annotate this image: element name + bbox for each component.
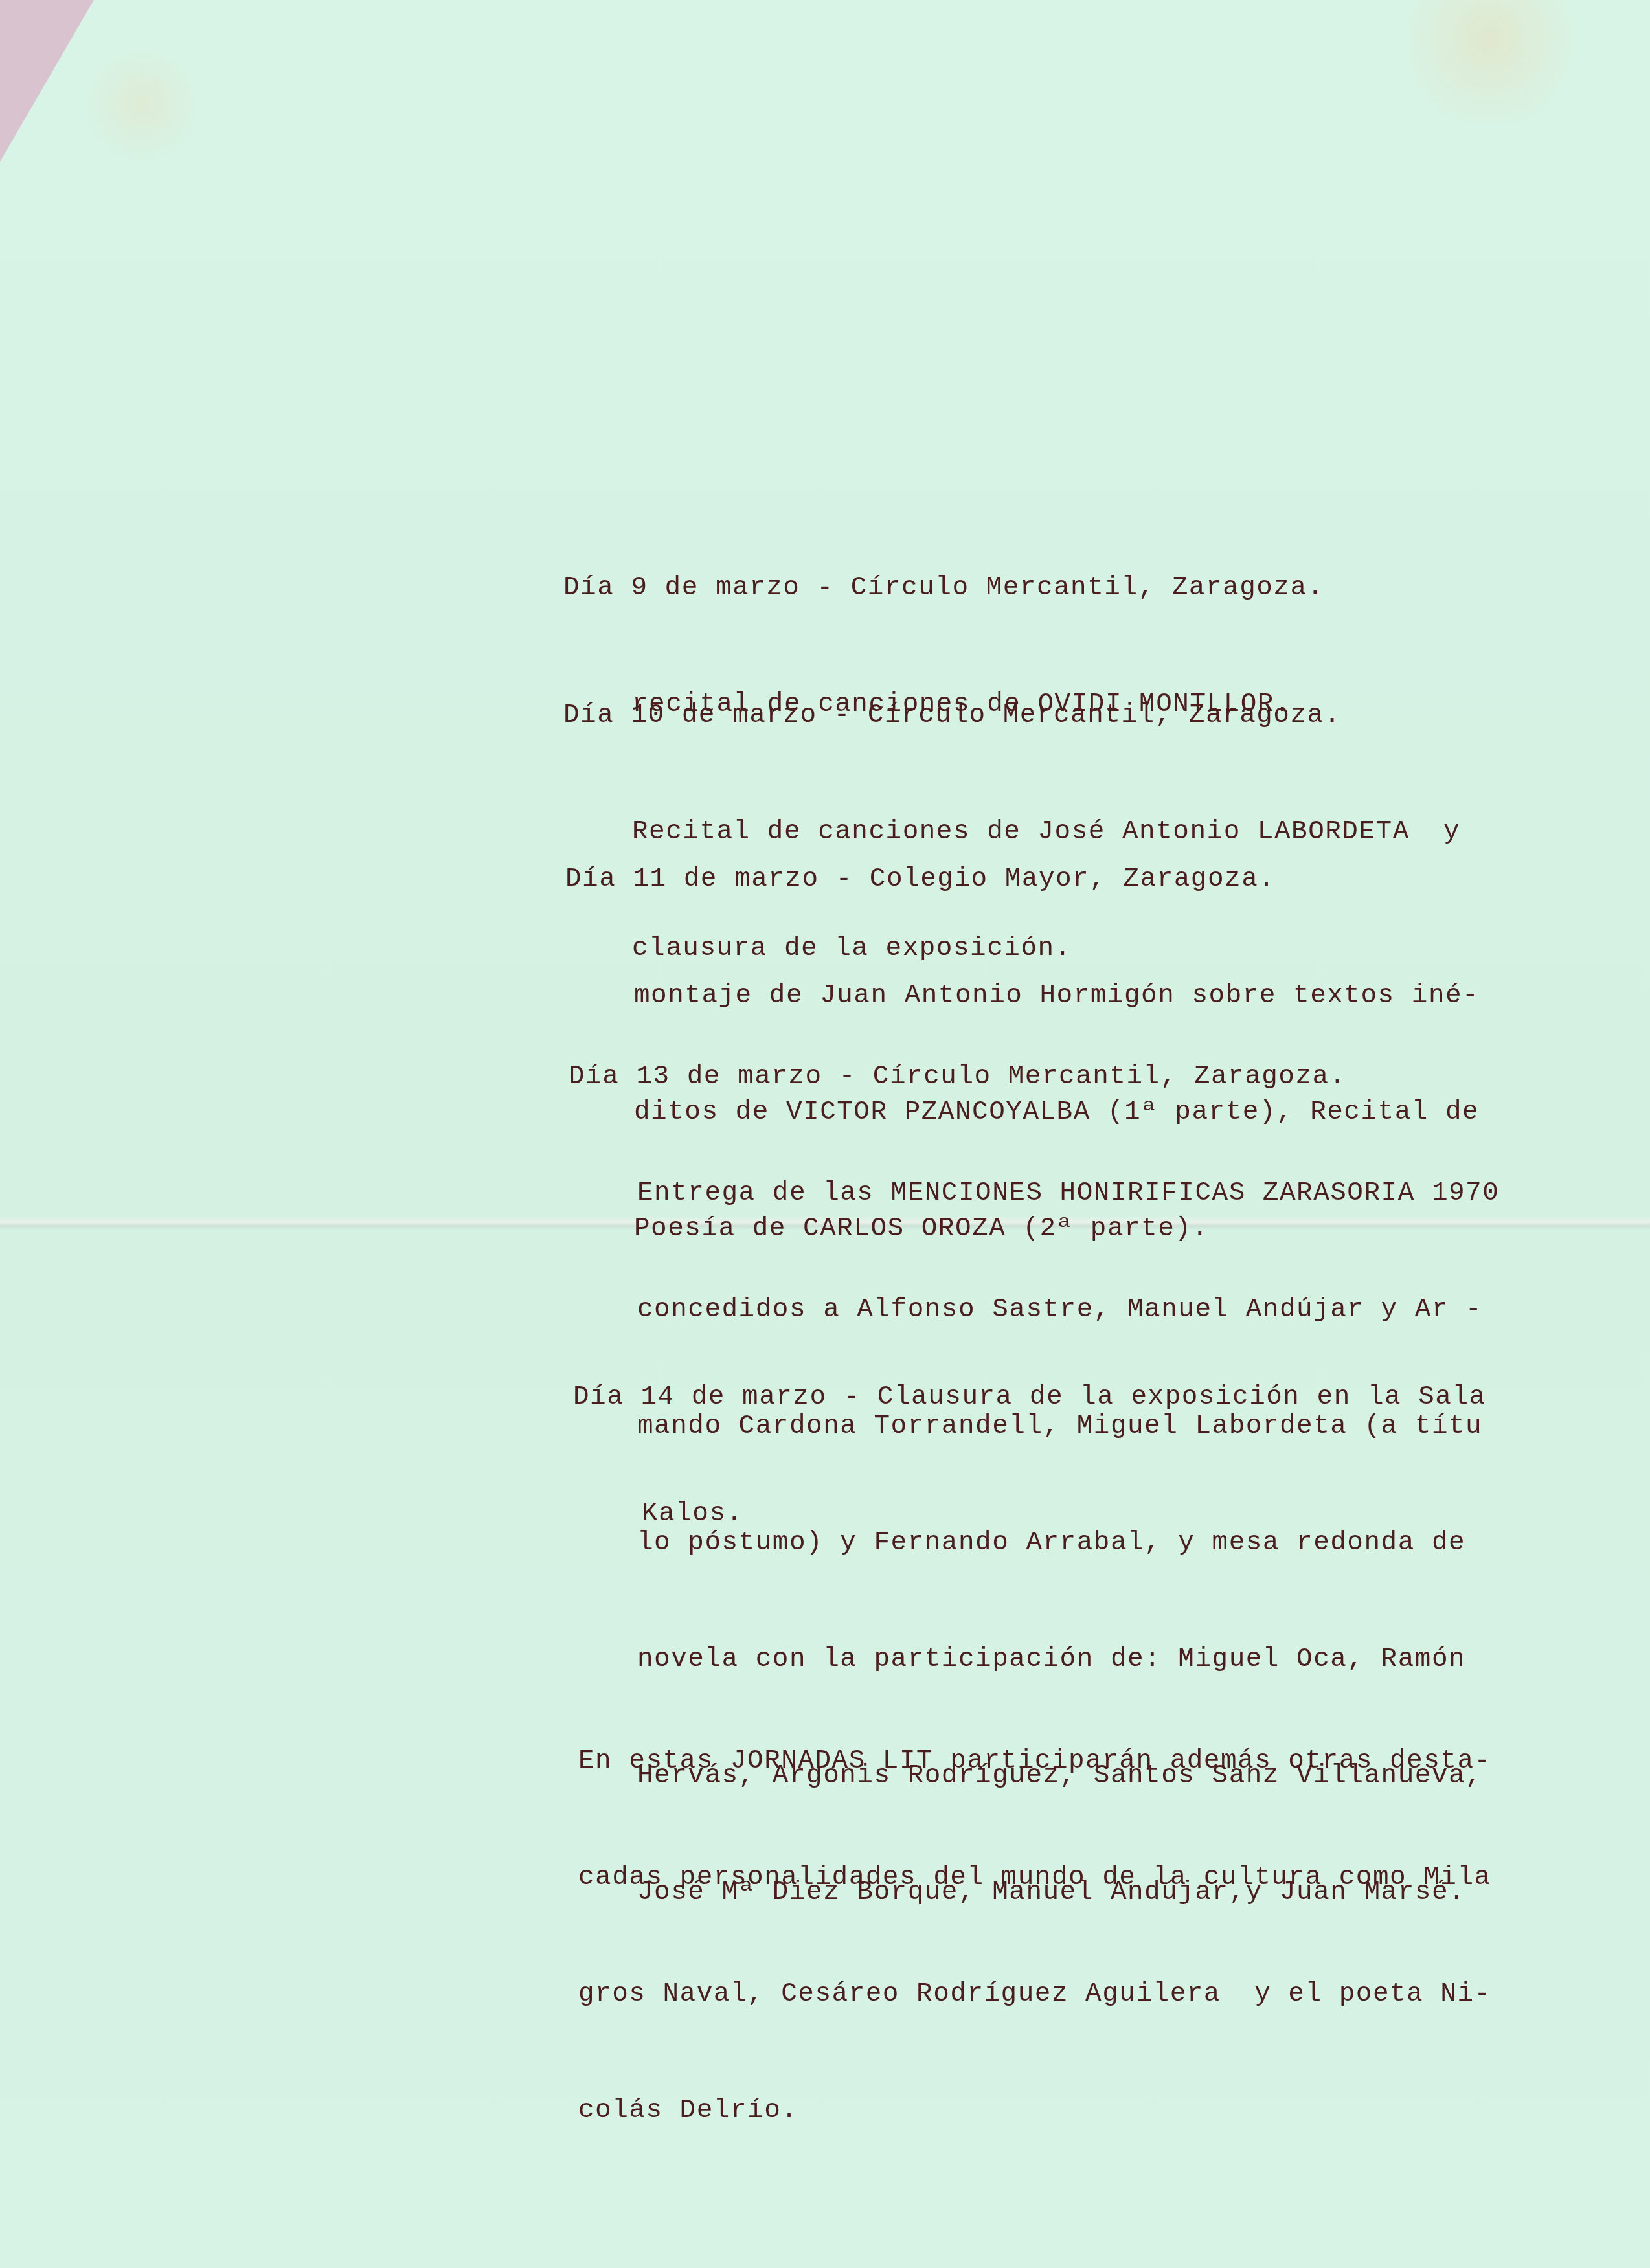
entry-line: Kalos. [573,1494,1486,1533]
paragraph-line: En estas JORNADAS LIT participarán ademá… [578,1742,1491,1780]
entry-heading: Día 10 de marzo - Círculo Mercantil, Zar… [563,696,1460,735]
paragraph-line: gros Naval, Cesáreo Rodríguez Aguilera y… [578,1975,1491,2014]
paragraph-line: colás Delrío. [578,2091,1491,2130]
closing-paragraph: En estas JORNADAS LIT participarán ademá… [578,1664,1491,2169]
program-entry-march-14: Día 14 de marzo - Clausura de la exposic… [573,1300,1486,1572]
paragraph-line: cadas personalidades del mundo de la cul… [578,1858,1491,1897]
entry-heading: Día 9 de marzo - Círculo Mercantil, Zara… [563,568,1324,607]
entry-heading: Día 13 de marzo - Círculo Mercantil, Zar… [569,1057,1499,1096]
entry-heading: Día 14 de marzo - Clausura de la exposic… [573,1378,1486,1417]
entry-line: Entrega de las MENCIONES HONIRIFICAS ZAR… [569,1174,1499,1213]
entry-heading: Día 11 de marzo - Colegio Mayor, Zaragoz… [565,860,1479,899]
